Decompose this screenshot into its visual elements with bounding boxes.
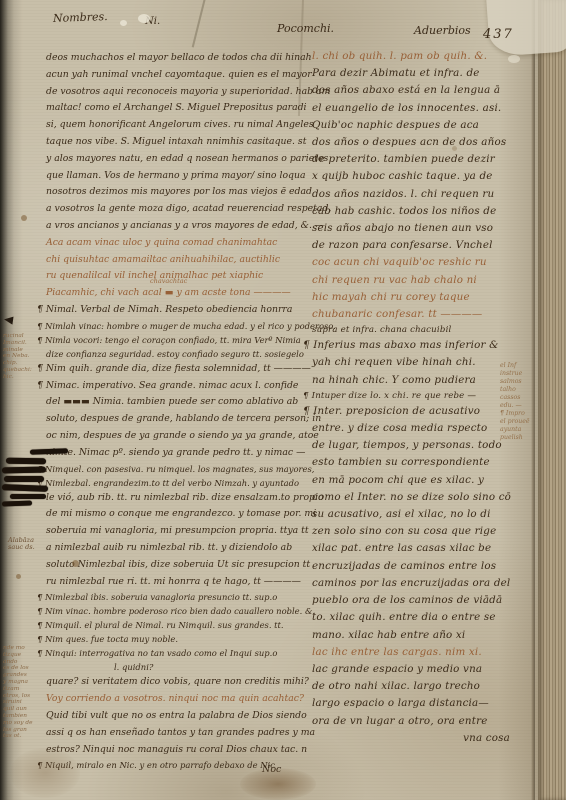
manuscript-line: estros? Ninqui noc managuis ru coral Dio… [46,742,306,759]
manuscript-line: ¶ Nimquil. el plural de Nimal. ru Nimqui… [46,618,306,632]
manuscript-line: de vosotros aqui reconoceis mayoria y su… [46,84,306,101]
ink-blot [2,500,32,506]
running-head-nombres: Nombres. [53,10,108,25]
manuscript-line: Piacamhic, chi vach acal ▬ y am acste to… [46,285,306,302]
margin-note-line: quebachi: [3,367,32,374]
manuscript-line: su acusativo, asi el xilac, no lo di [312,506,538,523]
manuscript-line: largo espacio o larga distancia— [312,695,538,712]
paper-flaw [138,14,150,23]
manuscript-line: zen solo sino con su cosa que rige [312,523,538,540]
manuscript-line: ora de vn lugar a otro, ora entre [312,713,538,730]
manuscript-line: esto tambien su correspondiente [312,454,538,471]
foxing-dot [452,146,457,151]
margin-note-line: os de los [3,665,33,672]
manuscript-line: dize confianza seguridad. estoy confiado… [46,347,306,361]
book-fore-edge [538,0,566,800]
margin-note-line: ¶ Impro [500,410,530,418]
manuscript-line: Voy corriendo a vosotros. ninqui noc ma … [46,691,306,708]
margin-note-line: en Neba. [3,353,32,360]
manuscript-line: xilac pat. entre las casas xilac be [312,540,538,557]
paper-flaw [508,55,520,63]
margin-note-line: otros, los [3,693,33,700]
manuscript-line: assi q os han enseñado tantos y tan gran… [46,725,306,742]
manuscript-line: ¶ Nimquel. con pasesiva. ru nimquel. los… [46,462,306,476]
manuscript-line: ¶ Nimlezbal ibis. soberuia vanagloria pr… [46,590,306,604]
margin-arrow-mark [3,315,13,324]
manuscript-line: Quid tibi vult que no os entra la palabr… [46,708,306,725]
manuscript-line: ¶ Nimlah vinac: hombre o muger de mucha … [46,319,306,333]
manuscript-line: ¶ Ninqui: interrogativa no tan vsado com… [46,646,306,660]
manuscript-line: dos años o despues acn de dos años [312,134,538,151]
margin-note-line: los gran [3,727,33,734]
margin-note-line: edu. — [500,402,530,410]
manuscript-line: dos años abaxo está en la lengua ā [312,82,538,99]
manuscript-line: de preterito. tambien puede dezir [312,151,538,168]
manuscript-line: de otro nahi xilac. largo trecho [312,678,538,695]
manuscript-line: chi quisuhtac amamailtac anihuahihilac, … [46,252,306,269]
margin-note-line: ando [3,659,33,666]
manuscript-line: pueblo ora de los caminos de viādā [312,592,538,609]
folio-number: 437 [483,27,514,42]
margin-note-line: nde mo [3,645,33,652]
manuscript-line: ¶ Nimlezbal. engrandezim.to tt del verbo… [46,476,306,490]
manuscript-line: que llaman. Vos de hermano y prima mayor… [46,168,306,185]
manuscript-line: de razon para confesarse. Vnchel [312,237,538,254]
margin-note-line: Imancil. [3,340,32,347]
manuscript-line: caminos por las encruzijadas ora del [312,575,538,592]
margin-note-line: tizque [3,652,33,659]
manuscript-line: acun yah runimal vnchel cayomtaque. quie… [46,67,306,84]
manuscript-line: encruzijadas de caminos entre los [312,558,538,575]
manuscript-line: ¶ Inferius mas abaxo mas inferior & [312,337,538,354]
margin-note-line: chip. [3,360,32,367]
manuscript-line: Quib'oc naphic despues de aca [312,117,538,134]
running-head-adverbios: Aduerbios [414,24,471,37]
manuscript-line: soluto, despues de grande, hablando de t… [46,411,306,428]
manuscript-line: en mā pocom chi que es xilac. y [312,472,538,489]
manuscript-line: del ▬▬▬ Nimia. tambien puede ser como ab… [46,394,306,411]
manuscript-line: deos muchachos el mayor bellaco de todos… [46,50,306,67]
manuscript-page: Nombres. Ni. Pocomchi. Aduerbios 437 deo… [0,0,566,800]
margin-note-line: minale [3,347,32,354]
manuscript-line: soberuia mi vanagloria, mi presumpcion p… [46,523,306,540]
manuscript-line: maltac! como el Archangel S. Miguel Prep… [46,100,306,117]
manuscript-line: to. xilac quih. entre dia o entre se [312,609,538,626]
manuscript-line: l. quidni? [46,660,306,674]
manuscript-line: soluto Nimlezbal ibis, dize soberuia Ut … [46,557,306,574]
manuscript-line: le vió, aub rib. tt. ru nimlezbal rib. d… [46,490,306,507]
manuscript-line: como el Inter. no se dize solo sino cō [312,489,538,506]
left-margin-notes-bottom: nde motizqueandoos de losgrandesy magnat… [3,645,33,740]
manuscript-line: a vosotros la gente moza digo, acatad re… [46,201,306,218]
margin-note-line: cassos [500,394,530,402]
manuscript-line: cab hab cashic. todos los niños de [312,203,538,220]
manuscript-line: Aca acam vinac uloc y quina comad chanim… [46,235,306,252]
margin-note-line: ayunta [500,426,530,434]
manuscript-line: x quijb huboc cashic taque. ya de [312,168,538,185]
manuscript-line: l. chi ob quih. l. pam ob quih. &. [312,48,538,65]
margin-note-line: el proueē [500,418,530,426]
ink-blot [2,467,46,474]
manuscript-line: ru nimlezbal rue ri. tt. mi honrra q te … [46,574,306,591]
manuscript-line: si, quem honorificant Angelorum cives. r… [46,117,306,134]
manuscript-line: hic mayah chi ru corey taque [312,289,538,306]
margin-note-line: el Inf [500,362,530,370]
manuscript-line: quare? si veritatem dico vobis, quare no… [46,674,306,691]
manuscript-line: nimte. Nimac pº. siendo ya grande pedro … [46,445,306,462]
foxing-dot [72,560,79,567]
manuscript-line: ¶ Nim quih. grande dia, dize fiesta sole… [46,361,306,378]
running-head-pocomchi: Pocomchi. [277,22,334,35]
manuscript-line: chi requen ru vac hab chalo ni [312,272,538,289]
manuscript-line: ¶ Nim ques. fue tocta muy noble. [46,632,306,646]
manuscript-line: lac grande espacio y medio vna [312,661,538,678]
manuscript-line: ¶ Nimac. imperativo. Sea grande. nimac a… [46,378,306,395]
manuscript-line: oc nim, despues de ya grande o siendo ya… [46,428,306,445]
paper-stain [10,748,80,798]
margin-note-line: y magna [3,679,33,686]
margin-note-line: grandes [3,672,33,679]
margin-note-line: puelish [500,434,530,442]
manuscript-line: chubanaric confesar. tt ———— [312,306,538,323]
manuscript-line: ¶ Nimal. Verbal de Nimah. Respeto obedie… [46,302,306,319]
margin-note-line: sauc ds. [8,544,35,551]
manuscript-line: nosotros dezimos mis mayores por los mas… [46,184,306,201]
manuscript-line: dos años nazidos. l. chi requen ru [312,186,538,203]
manuscript-line: vna cosa [312,730,538,747]
manuscript-line: a nimlezbal auib ru nimlezbal rib. tt. y… [46,540,306,557]
manuscript-line: lac ihc entre las cargas. nim xi. [312,644,538,661]
manuscript-line: taque nos vibe. S. Miguel intaxah nnimhi… [46,134,306,151]
paper-stain [240,768,316,800]
margin-note-line: tambien [3,713,33,720]
left-text-column: deos muchachos el mayor bellaco de todos… [46,50,306,772]
left-margin-notes-mid: Alabāzasauc ds. [8,537,35,551]
right-margin-notes: el Infinstruesalmostalhocassosedu. —¶ Im… [500,362,530,442]
manuscript-line: mano. xilac hab entre año xi [312,627,538,644]
foxing-dot [16,574,21,579]
manuscript-line: el euangelio de los innocentes. asi. [312,100,538,117]
manuscript-line: de mi mismo o conque me engrandezco. y t… [46,506,306,523]
manuscript-line: ¶ Nimla vocori: tengo el coraçon confiad… [46,333,306,347]
margin-note-line: salmos [500,378,530,386]
margin-note-line: siruini [3,699,33,706]
margin-note-line: hic. [3,374,32,381]
manuscript-line: Para dezir Abimatu et infra. de [312,65,538,82]
margin-note-line: quil aun [3,706,33,713]
manuscript-line: coc acun chi vaquib'oc reshic ru [312,254,538,271]
ink-blot [4,476,44,482]
manuscript-line: a vros ancianos y ancianas y a vros mayo… [46,218,306,235]
margin-note-line: tizam [3,686,33,693]
interlinear-note: chavachtac [150,277,187,285]
paper-flaw [120,20,127,26]
margin-note-line: rucinal [3,333,32,340]
margin-note-line: mo soy de [3,720,33,727]
manuscript-line: y alos mayores natu, en edad q nosean he… [46,151,306,168]
margin-note-line: talho [500,386,530,394]
ink-blot [10,494,46,499]
margin-note-line: tas ot. [3,733,33,740]
manuscript-line: seis años abajo no tienen aun vso [312,220,538,237]
paper-crease [192,0,207,47]
left-margin-notes-top: rucinalImancil.minaleen Neba.chip.quebac… [3,333,32,381]
manuscript-line: supra et infra. chana chacuibil [312,323,538,337]
foxing-dot [21,215,27,221]
ink-blot [6,458,46,465]
margin-note-line: instrue [500,370,530,378]
manuscript-line: ¶ Nim vinac. hombre poderoso rico bien d… [46,604,306,618]
